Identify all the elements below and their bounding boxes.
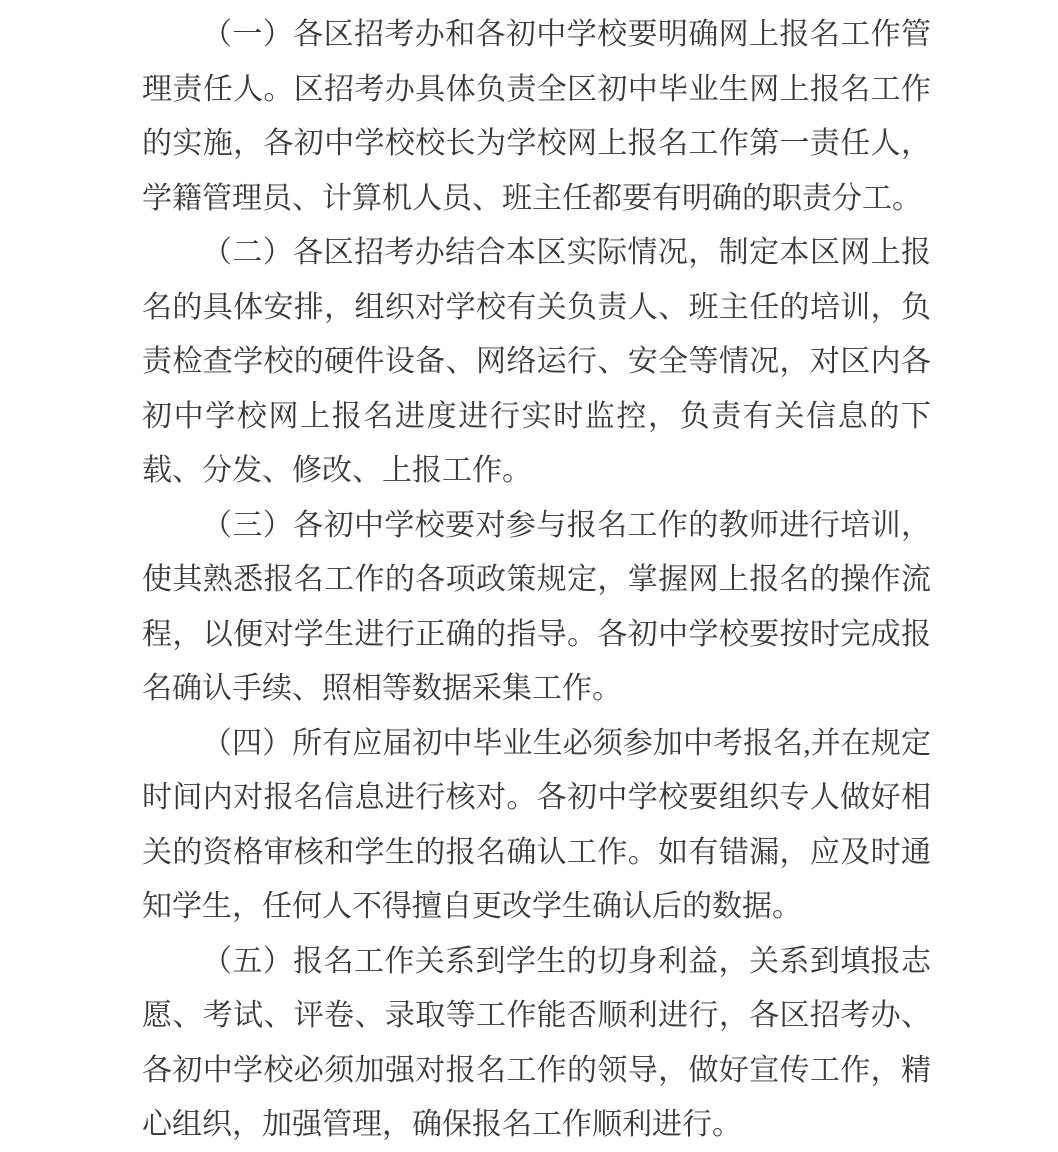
paragraph-3: （三）各初中学校要对参与报名工作的教师进行培训，使其熟悉报名工作的各项政策规定，… [142,499,931,717]
paragraph-4: （四）所有应届初中毕业生必须参加中考报名,并在规定时间内对报名信息进行核对。各初… [142,717,931,935]
paragraph-2: （二）各区招考办结合本区实际情况，制定本区网上报名的具体安排，组织对学校有关负责… [142,226,931,499]
document-text-block: （一）各区招考办和各初中学校要明确网上报名工作管理责任人。区招考办具体负责全区初… [142,0,931,1152]
paragraph-5: （五）报名工作关系到学生的切身利益，关系到填报志愿、考试、评卷、录取等工作能否顺… [142,935,931,1152]
document-page: （一）各区招考办和各初中学校要明确网上报名工作管理责任人。区招考办具体负责全区初… [0,0,1058,1152]
paragraph-1: （一）各区招考办和各初中学校要明确网上报名工作管理责任人。区招考办具体负责全区初… [142,8,931,226]
